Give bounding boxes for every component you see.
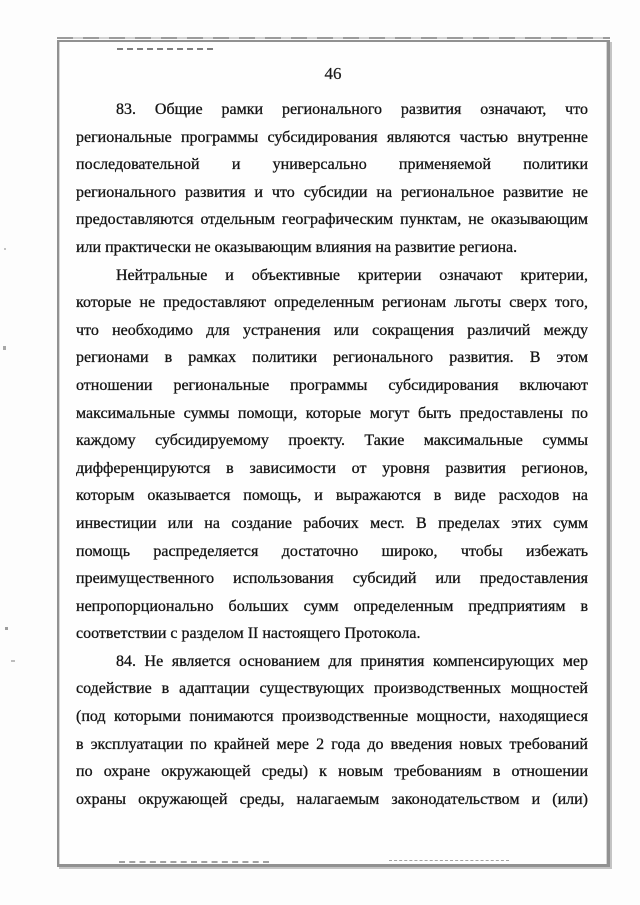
scan-artifact-dash [389,860,509,861]
text-line: соответствии с разделом II настоящего Пр… [76,620,588,648]
text-line: что необходимо для устранения или сокращ… [76,317,588,345]
text-line: в эксплуатации по крайней мере 2 года до… [76,731,588,759]
text-line: помощь распределяется достаточно широко,… [76,538,588,566]
text-line: отношении региональные программы субсиди… [76,372,588,400]
text-line: непропорционально больших сумм определен… [76,593,588,621]
scan-speckle [11,660,15,662]
text-line: последовательной и универсально применяе… [76,151,588,179]
scan-artifact-dash [117,48,213,50]
text-line: охраны окружающей среды, налагаемым зако… [76,786,588,814]
text-line: регионами в рамках политики региональног… [76,344,588,372]
text-line: инвестиции или на создание рабочих мест.… [76,510,588,538]
text-line: максимальные суммы помощи, которые могут… [76,400,588,428]
text-line: которым оказывается помощь, и выражаются… [76,482,588,510]
text-line: по охране окружающей среды) к новым треб… [76,758,588,786]
text-line: содействие в адаптации существующих прои… [76,675,588,703]
scan-speckle [3,346,6,350]
text-line: регионального развития и что субсидии на… [76,179,588,207]
text-line: Нейтральные и объективные критерии означ… [76,262,588,290]
text-line: предоставляются отдельным географическим… [76,206,588,234]
document-text: 83. Общие рамки регионального развития о… [76,96,588,813]
text-line: 83. Общие рамки регионального развития о… [76,96,588,124]
scan-speckle [5,627,8,630]
scan-speckle [4,248,6,250]
scan-background: 46 83. Общие рамки регионального развити… [0,0,640,905]
scan-artifact-top-line [57,37,610,39]
page-number: 46 [59,64,607,84]
text-line: региональные программы субсидирования яв… [76,124,588,152]
scan-artifact-dash [119,861,269,863]
text-line: (под которыми понимаются производственны… [76,703,588,731]
text-line: которые не предоставляют определенным ре… [76,289,588,317]
text-line: или практически не оказывающим влияния н… [76,234,588,262]
text-line: 84. Не является основанием для принятия … [76,648,588,676]
text-line: каждому субсидируемому проекту. Такие ма… [76,427,588,455]
scanned-page: 46 83. Общие рамки регионального развити… [57,40,610,867]
text-line: преимущественного использования субсидий… [76,565,588,593]
text-line: дифференцируются в зависимости от уровня… [76,455,588,483]
